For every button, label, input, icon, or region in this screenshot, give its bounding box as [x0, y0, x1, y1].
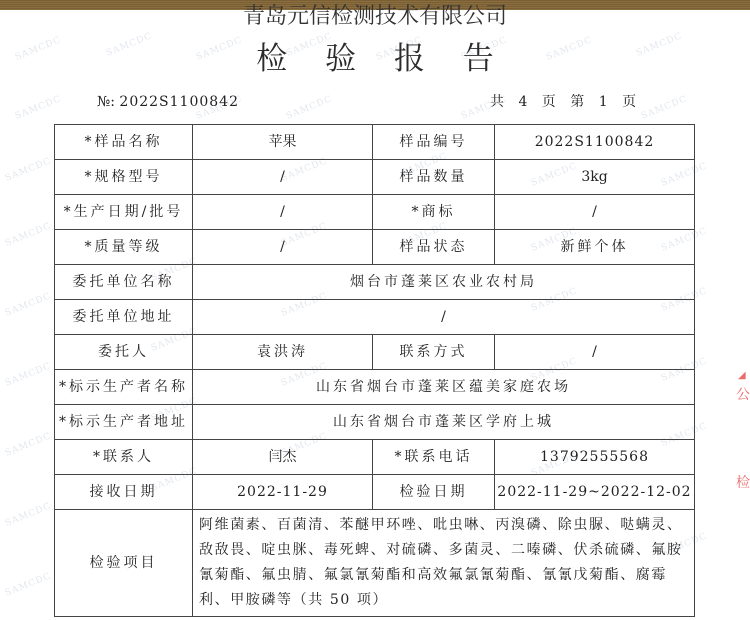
table-row: *联系人 闫杰 *联系电话 13792555568: [55, 440, 695, 475]
watermark: SAMCDC: [4, 221, 53, 249]
test-items-list: 阿维菌素、百菌清、苯醚甲环唑、吡虫啉、丙溴磷、除虫脲、哒螨灵、敌敌畏、啶虫脒、毒…: [193, 510, 695, 617]
watermark: SAMCDC: [14, 94, 63, 122]
report-number: №: 2022S1100842: [97, 92, 239, 112]
field-label: *质量等级: [55, 230, 193, 265]
report-title: 检 验 报 告: [0, 40, 750, 78]
stamp-glyph: 检: [736, 472, 750, 492]
field-value: 山东省烟台市蓬莱区蕴美家庭农场: [193, 370, 695, 405]
field-label: *规格型号: [55, 160, 193, 195]
field-value: /: [193, 195, 373, 230]
table-row: *质量等级 / 样品状态 新鲜个体: [55, 230, 695, 265]
table-row: 委托单位地址 /: [55, 300, 695, 335]
watermark: SAMCDC: [4, 361, 53, 389]
field-value: 山东省烟台市蓬莱区学府上城: [193, 405, 695, 440]
stamp-glyph: ◢: [738, 370, 746, 381]
field-label: 检验项目: [55, 510, 193, 617]
table-row: 委托单位名称 烟台市蓬莱区农业农村局: [55, 265, 695, 300]
table-row: *规格型号 / 样品数量 3kg: [55, 160, 695, 195]
table-row: 检验项目 阿维菌素、百菌清、苯醚甲环唑、吡虫啉、丙溴磷、除虫脲、哒螨灵、敌敌畏、…: [55, 510, 695, 617]
field-label: *标示生产者地址: [55, 405, 193, 440]
watermark: SAMCDC: [4, 571, 53, 599]
field-value: 2022-11-29~2022-12-02: [495, 475, 695, 510]
field-label: *样品名称: [55, 125, 193, 160]
stamp-glyph: 公: [736, 384, 750, 404]
field-value: 袁洪涛: [193, 335, 373, 370]
report-number-label: №:: [97, 94, 115, 110]
field-label: 样品状态: [373, 230, 495, 265]
field-label: 委托单位名称: [55, 265, 193, 300]
watermark: SAMCDC: [640, 94, 689, 122]
field-value: /: [193, 160, 373, 195]
field-value: 新鲜个体: [495, 230, 695, 265]
field-label: 接收日期: [55, 475, 193, 510]
field-label: 委托人: [55, 335, 193, 370]
field-label: *联系人: [55, 440, 193, 475]
field-value: /: [495, 195, 695, 230]
field-label: *商标: [373, 195, 495, 230]
table-row: 接收日期 2022-11-29 检验日期 2022-11-29~2022-12-…: [55, 475, 695, 510]
watermark: SAMCDC: [4, 291, 53, 319]
field-label: *标示生产者名称: [55, 370, 193, 405]
field-value: 13792555568: [495, 440, 695, 475]
field-value: 闫杰: [193, 440, 373, 475]
field-label: 联系方式: [373, 335, 495, 370]
field-value: /: [193, 300, 695, 335]
company-name: 青岛元信检测技术有限公司: [0, 4, 750, 30]
watermark: SAMCDC: [4, 156, 53, 184]
field-value: /: [495, 335, 695, 370]
red-seal-stamp: ◢ 公 检: [736, 370, 750, 500]
report-info-table: *样品名称 苹果 样品编号 2022S1100842 *规格型号 / 样品数量 …: [54, 124, 695, 617]
field-value: /: [193, 230, 373, 265]
field-value: 2022-11-29: [193, 475, 373, 510]
field-label: 委托单位地址: [55, 300, 193, 335]
field-label: 检验日期: [373, 475, 495, 510]
field-value: 2022S1100842: [495, 125, 695, 160]
field-label: 样品数量: [373, 160, 495, 195]
table-row: *标示生产者地址 山东省烟台市蓬莱区学府上城: [55, 405, 695, 440]
report-number-value: 2022S1100842: [119, 94, 239, 110]
field-value: 烟台市蓬莱区农业农村局: [193, 265, 695, 300]
watermark: SAMCDC: [4, 431, 53, 459]
table-row: *标示生产者名称 山东省烟台市蓬莱区蕴美家庭农场: [55, 370, 695, 405]
watermark: SAMCDC: [4, 501, 53, 529]
field-value: 3kg: [495, 160, 695, 195]
table-row: *生产日期/批号 / *商标 /: [55, 195, 695, 230]
table-row: 委托人 袁洪涛 联系方式 /: [55, 335, 695, 370]
table-row: *样品名称 苹果 样品编号 2022S1100842: [55, 125, 695, 160]
field-label: 样品编号: [373, 125, 495, 160]
field-value: 苹果: [193, 125, 373, 160]
page-info: 共 4 页 第 1 页: [490, 92, 641, 112]
field-label: *生产日期/批号: [55, 195, 193, 230]
field-label: *联系电话: [373, 440, 495, 475]
watermark: SAMCDC: [285, 94, 334, 122]
